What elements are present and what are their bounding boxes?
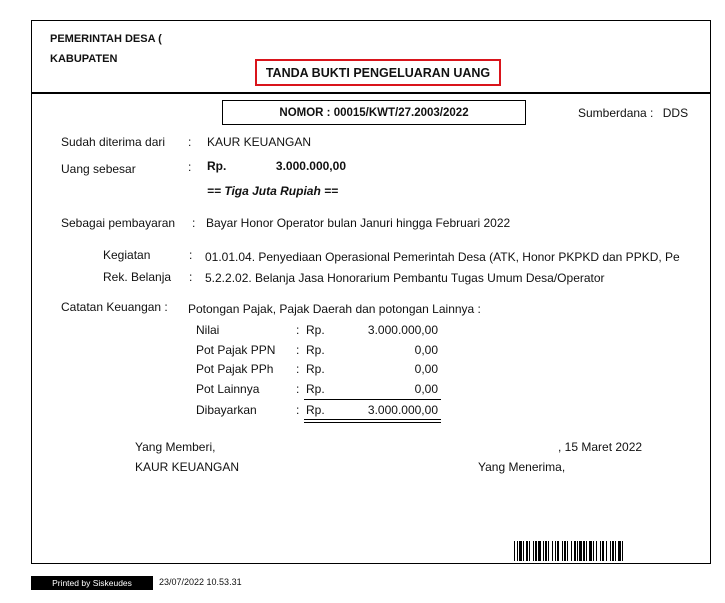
sumberdana: Sumberdana : DDS [578,106,688,120]
barcode-icon [514,541,705,561]
diterima-sep: : [188,135,191,149]
catatan-heading: Potongan Pajak, Pajak Daerah dan potonga… [188,302,481,316]
printed-by-badge: Printed by Siskeudes [31,576,153,590]
printed-by-text: Printed by Siskeudes [52,578,132,588]
catatan-row-label: Nilai [196,323,219,337]
catatan-row-currency: Rp. [306,343,325,357]
kegiatan-value: 01.01.04. Penyediaan Operasional Pemerin… [205,250,680,264]
terbilang: == Tiga Juta Rupiah == [207,184,338,198]
sumberdana-value: DDS [663,106,688,120]
catatan-row-sep: : [296,382,299,396]
catatan-row-label: Pot Pajak PPN [196,343,275,357]
uang-value: 3.000.000,00 [236,159,346,173]
sumberdana-label: Sumberdana : [578,106,653,120]
catatan-row-value: 0,00 [328,382,438,396]
catatan-row-label: Pot Lainnya [196,382,259,396]
catatan-row-label: Pot Pajak PPh [196,362,273,376]
total-double-underline-top [304,419,441,420]
document-title: TANDA BUKTI PENGELUARAN UANG [255,59,501,86]
header-divider [31,92,711,94]
giver-line2: KAUR KEUANGAN [135,460,239,474]
rek-belanja-sep: : [189,270,192,284]
catatan-row-sep: : [296,343,299,357]
catatan-row-value: 3.000.000,00 [328,403,438,417]
catatan-row-value: 0,00 [328,362,438,376]
total-double-underline-bottom [304,422,441,423]
rek-belanja-label: Rek. Belanja [103,270,171,284]
print-timestamp: 23/07/2022 10.53.31 [159,577,242,587]
uang-currency: Rp. [207,159,226,173]
pembayaran-label: Sebagai pembayaran [61,216,175,230]
catatan-row-value: 0,00 [328,343,438,357]
catatan-row-currency: Rp. [306,323,325,337]
catatan-row-value: 3.000.000,00 [328,323,438,337]
kegiatan-sep: : [189,248,192,262]
rek-belanja-value: 5.2.2.02. Belanja Jasa Honorarium Pemban… [205,271,605,285]
document-title-text: TANDA BUKTI PENGELUARAN UANG [266,66,490,80]
diterima-label: Sudah diterima dari [61,135,165,149]
sign-date: , 15 Maret 2022 [558,440,642,454]
catatan-row-currency: Rp. [306,403,325,417]
pembayaran-sep: : [192,216,195,230]
catatan-label: Catatan Keuangan : [61,300,168,314]
catatan-row-sep: : [296,403,299,417]
catatan-row-currency: Rp. [306,382,325,396]
catatan-row-label: Dibayarkan [196,403,257,417]
pemerintah-desa: PEMERINTAH DESA ( [50,33,162,45]
uang-label: Uang sebesar [61,162,136,176]
kegiatan-label: Kegiatan [103,248,150,262]
subtotal-underline [304,399,441,400]
catatan-row-sep: : [296,323,299,337]
nomor-box: NOMOR : 00015/KWT/27.2003/2022 [222,100,526,125]
nomor-text: NOMOR : 00015/KWT/27.2003/2022 [279,107,468,119]
giver-line1: Yang Memberi, [135,440,215,454]
receiver-line1: Yang Menerima, [478,460,565,474]
pembayaran-value: Bayar Honor Operator bulan Januri hingga… [206,216,510,230]
catatan-row-sep: : [296,362,299,376]
uang-sep: : [188,160,191,174]
diterima-value: KAUR KEUANGAN [207,135,311,149]
kabupaten: KABUPATEN [50,53,117,65]
catatan-row-currency: Rp. [306,362,325,376]
